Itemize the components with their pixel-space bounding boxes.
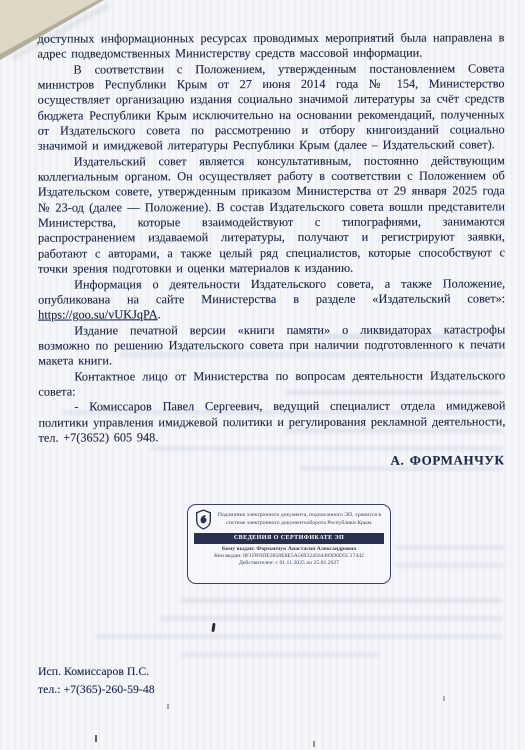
stamp-top-row: Подлинник электронного документа, подпис… <box>195 509 383 530</box>
body-paragraph-with-link: Информация о деятельности Издательского … <box>38 276 505 323</box>
body-paragraph: Издание печатной версии «книги памяти» о… <box>38 322 505 369</box>
body-paragraph: Контактное лицо от Министерства по вопро… <box>38 368 505 400</box>
bleed-through-artifact <box>395 545 505 550</box>
digital-signature-stamp: Подлинник электронного документа, подпис… <box>187 504 391 584</box>
ink-speck <box>443 696 445 701</box>
executor-block: Исп. Комиссаров П.С. тел.: +7(365)-260-5… <box>38 663 155 698</box>
scanned-letter-page: доступных информационных ресурсах провод… <box>0 0 525 750</box>
ink-speck <box>211 623 215 632</box>
stamp-authenticity-text: Подлинник электронного документа, подпис… <box>216 512 383 527</box>
stamp-validity: Действителен: с 01.11.2025 по 25.01.2027 <box>193 560 385 567</box>
bleed-through-artifact <box>180 652 380 657</box>
bleed-through-artifact <box>395 563 505 568</box>
body-paragraph: В соответствии с Положением, утвержденны… <box>38 61 505 154</box>
info-text: Информация о деятельности Издательского … <box>38 276 505 307</box>
ink-speck <box>167 704 169 709</box>
stamp-issued-to: Кому выдан: Форманчук Анастасия Александ… <box>193 546 385 553</box>
ink-speck <box>95 735 97 742</box>
bleed-through-artifact <box>95 634 503 639</box>
body-paragraph: доступных информационных ресурсах провод… <box>37 30 504 62</box>
stamp-certificate-header: СВЕДЕНИЯ О СЕРТИФИКАТЕ ЭП <box>194 533 384 544</box>
executor-phone: тел.: +7(365)-260-59-48 <box>38 681 155 699</box>
letter-body: доступных информационных ресурсах провод… <box>37 30 505 469</box>
executor-name: Исп. Комиссаров П.С. <box>38 663 155 681</box>
council-site-link: https://goo.su/vUKJqPA <box>38 307 158 321</box>
bleed-through-artifact <box>180 598 503 603</box>
body-paragraph: - Комиссаров Павел Сергеевич, ведущий сп… <box>38 399 505 446</box>
body-paragraph: Издательский совет является консультатив… <box>38 153 505 277</box>
crimea-coat-of-arms-icon <box>195 509 212 530</box>
info-text-period: . <box>158 307 161 321</box>
signatory-name: А. ФОРМАНЧУК <box>39 453 506 470</box>
ink-speck <box>313 741 315 747</box>
bleed-through-artifact <box>160 616 503 621</box>
